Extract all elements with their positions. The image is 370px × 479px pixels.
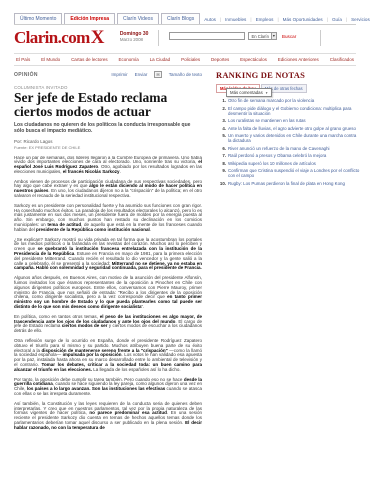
search-input[interactable]	[169, 32, 245, 40]
nav-item-la-ciudad[interactable]: La Ciudad	[150, 57, 171, 62]
article-paragraph: Ambos vienen de procesos de participació…	[14, 180, 202, 199]
ranking-item-link[interactable]: Un muerto y varios detenidos en Chile du…	[228, 133, 360, 143]
logo-x-mark: X	[91, 27, 104, 48]
top-link-gu-a[interactable]: Guía	[328, 17, 346, 22]
site-tab--ltimo-momento[interactable]: Último Momento	[14, 13, 62, 24]
top-link-inmuebles[interactable]: Inmuebles	[221, 17, 250, 22]
clarin-logo[interactable]: Clarin.comX	[14, 29, 104, 46]
chevron-down-icon[interactable]: ▾	[271, 33, 276, 39]
article-paragraph: Algunos años después, en Buenos Aires, c…	[14, 276, 202, 310]
ranking-item[interactable]: 9.Confirman que Cristina suspendió el vi…	[216, 168, 360, 178]
article-paragraph: Así también, la Constitución y las leyes…	[14, 402, 202, 431]
top-link-m-s-oportunidades[interactable]: Más Oportunidades	[279, 17, 327, 22]
ranking-item-link[interactable]: Confirman que Cristina suspendió el viaj…	[228, 168, 360, 178]
article-column: OPINIÓN Imprimir Enviar ✉ Tamaño de text…	[14, 69, 206, 436]
source-label: Fuente:	[14, 145, 28, 150]
ranking-item-number: 9.	[216, 168, 228, 178]
search-scope-value: En Clarín	[249, 33, 270, 39]
ranking-item[interactable]: 10.Rugby: Los Pumas perdieron la final d…	[216, 181, 360, 186]
top-strip: Último MomentoEdición ImpresaClarín Vide…	[0, 13, 370, 24]
nav-item-espect-culos[interactable]: Espectáculos	[240, 57, 267, 62]
ranking-item-number: 2.	[216, 106, 228, 116]
masthead: Clarin.comX Domingo 30 Marzo 2008 En Cla…	[14, 24, 356, 51]
text-size-link[interactable]: Tamaño de texto	[169, 72, 202, 77]
article-body: Hace un par de semanas, dos líderes lleg…	[14, 156, 202, 436]
ranking-item[interactable]: 8.Wikipedia superó los 10 millones de ar…	[216, 161, 360, 166]
send-link[interactable]: Enviar	[135, 72, 148, 77]
article-tools: Imprimir Enviar ✉ Tamaño de texto	[111, 71, 202, 78]
ranking-item-number: 7.	[216, 153, 228, 158]
date-box: Domingo 30 Marzo 2008	[120, 29, 149, 42]
byline-label: Por:	[14, 139, 22, 144]
logo-text: Clarin.com	[14, 28, 90, 47]
site-tab-edici-n-impresa[interactable]: Edición Impresa	[64, 13, 115, 24]
ranking-item-number: 10.	[216, 181, 228, 186]
search-area: En Clarín ▾ Buscar	[169, 29, 296, 40]
article-paragraph: Sarkozy es un presidente con personalida…	[14, 204, 202, 233]
article-paragraph: En política, como en tantos otros temas,…	[14, 315, 202, 334]
main-content: OPINIÓN Imprimir Enviar ✉ Tamaño de text…	[0, 66, 370, 436]
article-title: Ser jefe de Estado reclama ciertos modos…	[14, 91, 199, 119]
site-tabs: Último MomentoEdición ImpresaClarín Vide…	[14, 13, 200, 24]
ranking-list: 1.Otro fin de semana marcado por la viol…	[216, 98, 360, 186]
section-label: OPINIÓN	[14, 72, 38, 78]
ranking-item-link[interactable]: Wikipedia superó los 10 millones de artí…	[228, 161, 316, 166]
ranking-item-number: 6.	[216, 146, 228, 151]
nav-item-policiales[interactable]: Policiales	[181, 57, 200, 62]
print-link[interactable]: Imprimir	[111, 72, 127, 77]
article-deck: Los ciudadanos no quieren de los polític…	[14, 122, 196, 134]
ranking-dropdown-value: Más comentadas	[230, 90, 263, 95]
ranking-item-link[interactable]: Raúl perdonó a presos y Obama celebró la…	[228, 153, 326, 158]
date-month: Marzo 2008	[120, 37, 149, 42]
nav-item-econom-a[interactable]: Economía	[118, 57, 138, 62]
article-paragraph: ¿Se explican? Sarkozy mostró su vida pri…	[14, 238, 202, 272]
article-tools-row: OPINIÓN Imprimir Enviar ✉ Tamaño de text…	[14, 69, 206, 81]
ranking-item-link[interactable]: Otro fin de semana marcado por la violen…	[228, 98, 314, 103]
ranking-item[interactable]: 3.Los ruralistas se mantienen en las rut…	[216, 118, 360, 123]
article-source: Fuente: EX PRESIDENTE DE CHILE	[14, 145, 206, 150]
ranking-column: RANKING DE NOTAS Más leídas de hoyMás de…	[216, 69, 360, 436]
nav-item-deportes[interactable]: Deportes	[211, 57, 229, 62]
divider	[158, 30, 159, 46]
clarin-page: Último MomentoEdición ImpresaClarín Vide…	[0, 0, 370, 436]
ranking-item-link[interactable]: El campo pide diálogo y el Gobierno cond…	[228, 106, 360, 116]
nav-item-el-mundo[interactable]: El Mundo	[41, 57, 60, 62]
chevron-down-icon: ▾	[266, 91, 268, 95]
ranking-item-number: 4.	[216, 126, 228, 131]
nav-item-el-pa-s[interactable]: El País	[16, 57, 30, 62]
ranking-item[interactable]: 6.River anunció un refuerzo de la mano d…	[216, 146, 360, 151]
ranking-item-number: 8.	[216, 161, 228, 166]
ranking-item-number: 3.	[216, 118, 228, 123]
ranking-item-link[interactable]: Rugby: Los Pumas perdieron la final de p…	[228, 181, 345, 186]
nav-item-ediciones-anteriores[interactable]: Ediciones Anteriores	[278, 57, 319, 62]
nav-item-cartas-de-lectores[interactable]: Cartas de lectores	[71, 57, 108, 62]
envelope-icon[interactable]: ✉	[154, 71, 161, 78]
article-paragraph: Por tanto, la oposición debe cumplir su …	[14, 378, 202, 397]
ranking-item-number: 5.	[216, 133, 228, 143]
byline-author: Ricardo Lagos	[24, 139, 53, 144]
ranking-item-number: 1.	[216, 98, 228, 103]
search-scope-select[interactable]: En Clarín ▾	[248, 32, 276, 40]
article-paragraph: Otra reflexión surge de lo ocurrido en E…	[14, 339, 202, 373]
search-button[interactable]: Buscar	[282, 34, 296, 39]
nav-item-clasificados[interactable]: Clasificados	[330, 57, 354, 62]
source-value: EX PRESIDENTE DE CHILE	[29, 145, 81, 150]
ranking-item[interactable]: 2.El campo pide diálogo y el Gobierno co…	[216, 106, 360, 116]
ranking-item[interactable]: 4.Ante la falta de lluvias, el agro advi…	[216, 126, 360, 131]
site-tab-clar-n-videos[interactable]: Clarín Videos	[117, 13, 159, 24]
ranking-item-link[interactable]: Los ruralistas se mantienen en las rutas	[228, 118, 306, 123]
ranking-item-link[interactable]: Ante la falta de lluvias, el agro advier…	[228, 126, 356, 131]
ranking-title: RANKING DE NOTAS	[216, 71, 360, 80]
ranking-item[interactable]: 5.Un muerto y varios detenidos en Chile …	[216, 133, 360, 143]
article-paragraph: Hace un par de semanas, dos líderes lleg…	[14, 156, 202, 175]
top-links: Autos|Inmuebles|Empleos|Más Oportunidade…	[200, 17, 370, 24]
divider	[320, 30, 321, 46]
site-tab-clar-n-blogs[interactable]: Clarín Blogs	[161, 13, 200, 24]
ranking-item[interactable]: 7.Raúl perdonó a presos y Obama celebró …	[216, 153, 360, 158]
top-link-autos[interactable]: Autos	[200, 17, 220, 22]
ranking-item-link[interactable]: River anunció un refuerzo de la mano de …	[228, 146, 330, 151]
top-link-servicios[interactable]: Servicios	[347, 17, 370, 22]
ranking-dropdown[interactable]: Más comentadas ▾	[226, 88, 272, 97]
ranking-item[interactable]: 1.Otro fin de semana marcado por la viol…	[216, 98, 360, 103]
section-nav: El PaísEl MundoCartas de lectoresEconomí…	[14, 53, 356, 66]
top-link-empleos[interactable]: Empleos	[252, 17, 278, 22]
